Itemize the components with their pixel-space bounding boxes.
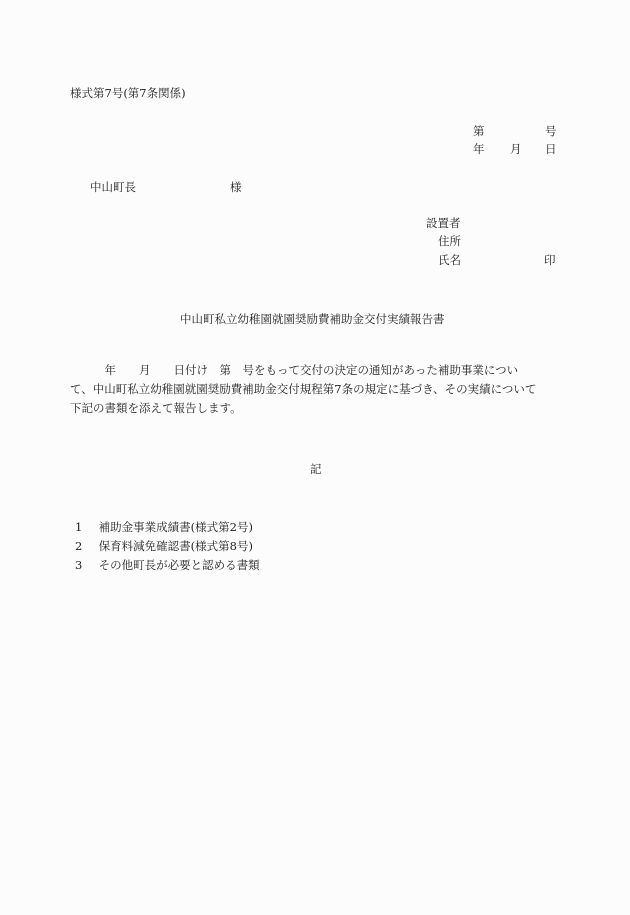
list-item-text: その他町長が必要と認める書類 (99, 558, 260, 572)
body-line-2: て、中山町私立幼稚園就園奨励費補助金交付規程第7条の規定に基づき、その実績につい… (70, 380, 560, 399)
body-line-1: 年 月 日付け 第 号をもって交付の決定の通知があった補助事業につい (70, 361, 560, 380)
date-year: 年 (473, 142, 485, 156)
list-item-number: 3 (75, 556, 95, 575)
form-number: 様式第7号(第7条関係) (70, 86, 186, 100)
body-paragraph: 年 月 日付け 第 号をもって交付の決定の通知があった補助事業につい て、中山町… (70, 361, 560, 418)
body-line-3: 下記の書類を添えて報告します。 (70, 399, 560, 418)
list-item: 3 その他町長が必要と認める書類 (75, 556, 260, 575)
date-month: 月 (510, 142, 522, 156)
name-label: 氏名 (438, 253, 461, 267)
addressee-honorific: 様 (230, 180, 242, 194)
ki-heading: 記 (310, 462, 322, 476)
document-title: 中山町私立幼稚園就園奨励費補助金交付実績報告書 (180, 312, 445, 326)
addressee: 中山町長 様 (90, 180, 136, 194)
list-item: 2 保育料減免確認書(様式第8号) (75, 537, 260, 556)
list-item-number: 2 (75, 537, 95, 556)
list-item: 1 補助金事業成績書(様式第2号) (75, 518, 260, 537)
reference-number-suffix: 号 (545, 124, 557, 138)
attachment-list: 1 補助金事業成績書(様式第2号) 2 保育料減免確認書(様式第8号) 3 その… (75, 518, 260, 575)
date-day: 日 (545, 142, 557, 156)
reference-number-prefix: 第 (473, 124, 485, 138)
list-item-text: 補助金事業成績書(様式第2号) (99, 520, 253, 534)
seal-mark: 印 (544, 253, 556, 267)
applicant-label: 設置者 (426, 216, 461, 230)
list-item-text: 保育料減免確認書(様式第8号) (99, 539, 253, 553)
address-label: 住所 (438, 234, 461, 248)
list-item-number: 1 (75, 518, 95, 537)
addressee-name: 中山町長 (90, 180, 136, 194)
